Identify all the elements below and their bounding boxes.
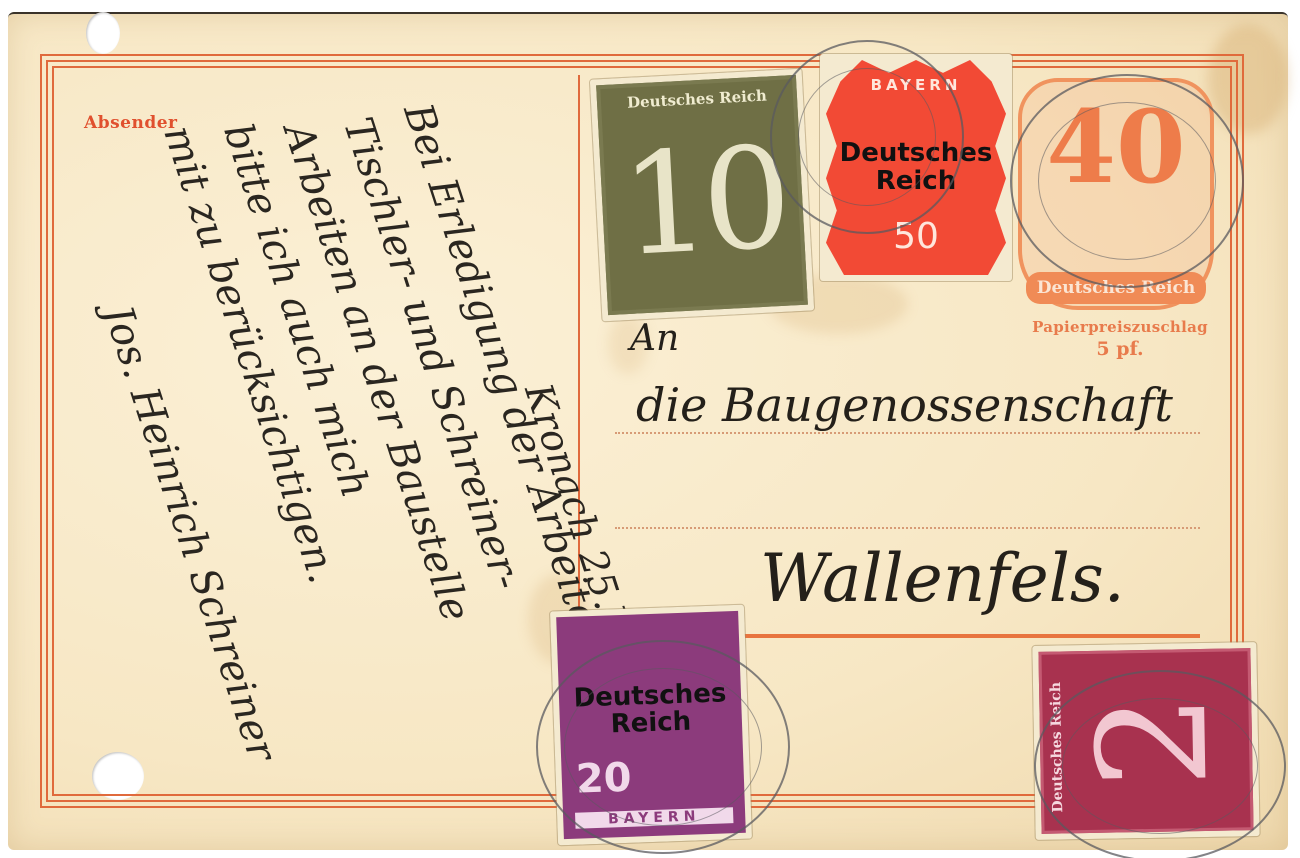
postmark-top (770, 40, 964, 234)
address-town: Wallenfels. (760, 540, 1125, 617)
address-line-2 (615, 527, 1200, 529)
stamp-value: 10 (617, 116, 787, 287)
address-to: An (630, 318, 679, 359)
punch-hole-top (86, 12, 120, 54)
address-recipient: die Bauge­nossenschaft (636, 378, 1173, 432)
postmark-bottom-right (1034, 670, 1286, 858)
surcharge-label: Papierpreiszuschlag (1020, 318, 1220, 336)
surcharge-value: 5 pf. (1020, 338, 1220, 360)
address-line-1 (615, 432, 1200, 434)
postmark-indicium (1010, 74, 1244, 288)
stamp-legend: Deutsches Reich (601, 85, 794, 113)
postmark-bottom-left (536, 640, 790, 854)
paper-surcharge: Papierpreiszuschlag 5 pf. (1020, 318, 1220, 360)
